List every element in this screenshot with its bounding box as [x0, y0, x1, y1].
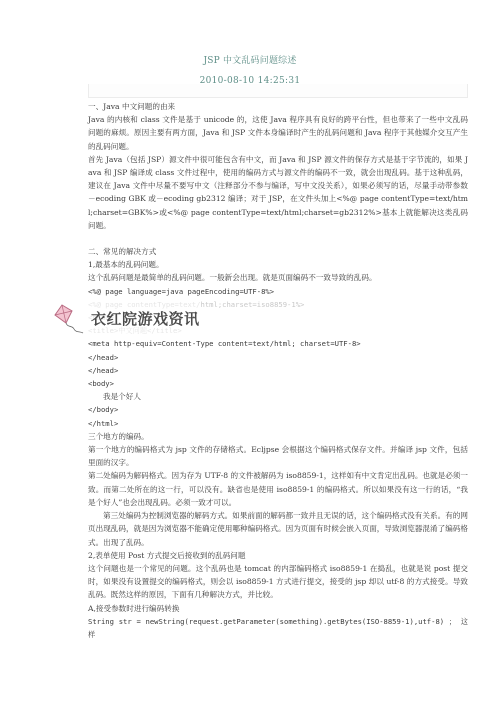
document-body: 一、Java 中文问题的由来 Java 的内核和 class 文件是基于 uni… — [88, 100, 468, 641]
spacer — [88, 232, 468, 245]
subheading-param-conversion: A,接受参数时进行编码转换 — [88, 602, 468, 615]
section-heading-solutions: 二、常见的解决方式 — [88, 245, 468, 258]
code-line: <%@ page language=java pageEncoding=UTF-… — [88, 285, 468, 298]
document-header: JSP 中文乱码问题综述 2010-08-10 14:25:31 — [0, 55, 500, 87]
paragraph-place-3: 第三处编码为控制浏览器的解码方式。如果前面的解码都一致并且无误的话，这个编码格式… — [88, 509, 468, 549]
paragraph-origin-1: Java 的内核和 class 文件是基于 unicode 的，这使 Java … — [88, 113, 468, 153]
kite-icon — [50, 301, 88, 335]
paragraph-post-issue: 这个问题也是一个常见的问题。这个乱码也是 tomcat 的内部编码格式 iso8… — [88, 562, 468, 602]
paragraph-origin-2: 首先 Java（包括 JSP）源文件中很可能包含有中文，而 Java 和 JSP… — [88, 153, 468, 232]
watermark-overlay: 衣红院游戏资讯 — [50, 300, 200, 336]
code-line: 我是个好人 — [88, 390, 468, 403]
code-line: <meta http-equiv=Content-Type content=te… — [88, 337, 468, 350]
subheading-post-issue: 2,表单使用 Post 方式提交后接收到的乱码问题 — [88, 549, 468, 562]
header-divider-box — [88, 84, 468, 98]
code-line: </html> — [88, 417, 468, 430]
document-title: JSP 中文乱码问题综述 — [0, 55, 500, 67]
code-snippet: String str = newString(request.getParame… — [88, 615, 468, 641]
code-line: </head> — [88, 364, 468, 377]
code-line: <body> — [88, 377, 468, 390]
paragraph-place-1: 第一个地方的编码格式为 jsp 文件的存储格式。Ecljpse 会根据这个编码格… — [88, 443, 468, 469]
paragraph-basic-issue: 这个乱码问题是最简单的乱码问题。一般新会出现。就是页面编码不一致导致的乱码。 — [88, 271, 468, 284]
code-line: </body> — [88, 403, 468, 416]
section-heading-origin: 一、Java 中文问题的由来 — [88, 100, 468, 113]
subheading-basic-issue: 1,最基本的乱码问题。 — [88, 258, 468, 271]
watermark-text: 衣红院游戏资讯 — [91, 308, 200, 329]
paragraph-place-2: 第二处编码为解码格式。因为存为 UTF-8 的文件被解码为 iso8859-1，… — [88, 469, 468, 509]
document-page: JSP 中文乱码问题综述 2010-08-10 14:25:31 一、Java … — [0, 0, 500, 707]
paragraph-three-places: 三个地方的编码。 — [88, 430, 468, 443]
code-line: </head> — [88, 351, 468, 364]
